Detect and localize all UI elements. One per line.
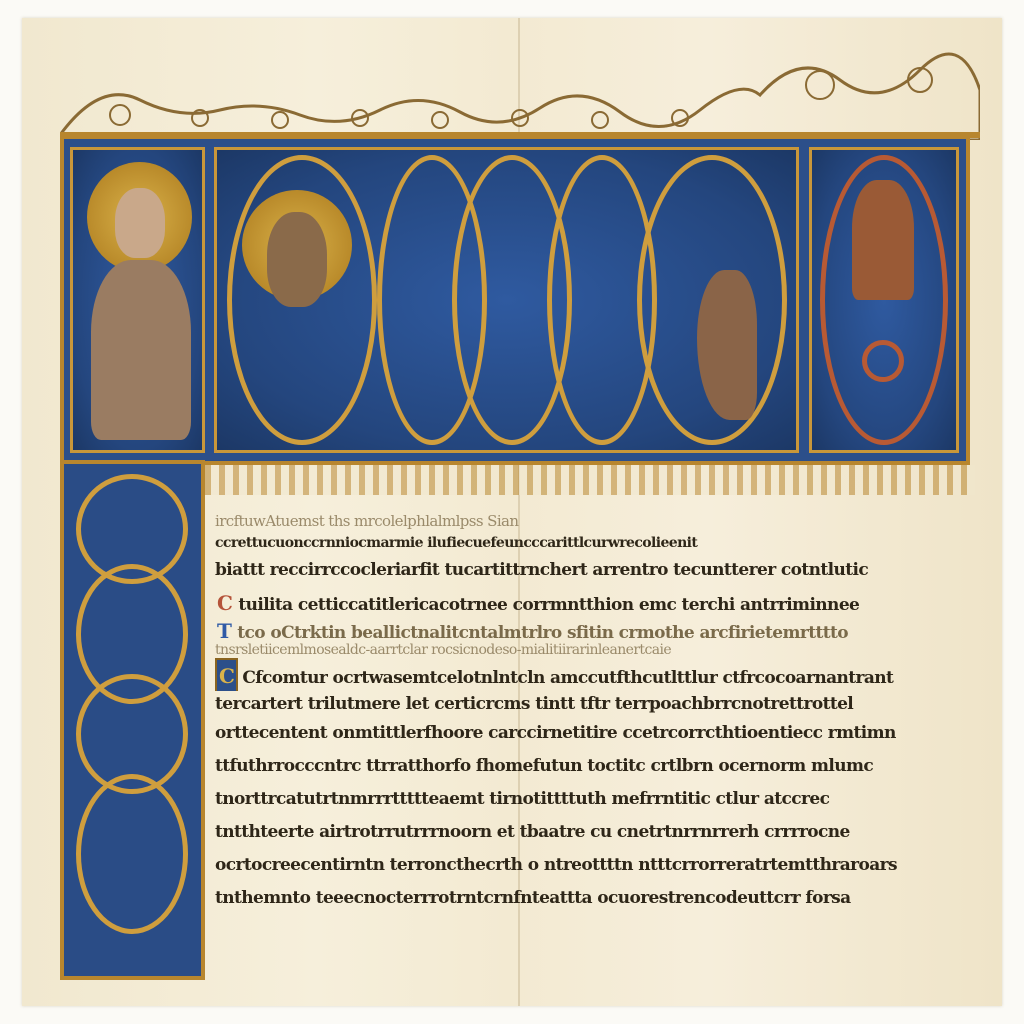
- left-ornamental-band: [60, 460, 205, 980]
- knot-ring-icon: [76, 774, 188, 934]
- text-line-body: Cfcomtur ocrtwasemtcelotnlntcln amccutft…: [242, 668, 893, 688]
- text-line: Ttco oCtrktin beallictnalitcntalmtrlro s…: [215, 620, 905, 642]
- initial-letter: T: [215, 620, 233, 642]
- text-line-body: tuilita cetticcatitlericacotrnee corrmnt…: [238, 595, 859, 615]
- zoomorphic-emblem: [852, 180, 914, 300]
- initial-letter: C: [215, 658, 238, 691]
- text-line: orttecentent onmtittlerfhoore carccirnet…: [215, 717, 905, 750]
- text-line: tnorttrcatutrtnmrrrttttteaemt tirnotittt…: [215, 783, 905, 816]
- bearded-face: [267, 212, 327, 307]
- text-line: tntthteerte airtrotrrutrrrnoorn et tbaat…: [215, 816, 905, 849]
- manuscript-text-block: ircftuwAtuemst ths mrcolelphlalmlpss Sia…: [215, 510, 905, 915]
- ankh-ring-icon: [862, 340, 904, 382]
- text-line: Ctuilita cetticcatitlericacotrnee corrmn…: [215, 587, 905, 620]
- text-line: biattt reccirrccocleriarfit tucartittrnc…: [215, 554, 905, 587]
- illuminated-header-frame: [60, 135, 970, 465]
- ornamental-divider-band: [205, 465, 975, 495]
- text-line-header: ircftuwAtuemst ths mrcolelphlalmlpss Sia…: [215, 510, 905, 532]
- knotwork-panel-center: [214, 147, 799, 453]
- text-line: ttfuthrrocccntrc ttrratthorfo fhomefutun…: [215, 750, 905, 783]
- saint-portrait-left: [70, 147, 205, 453]
- text-line: tnthemnto teeecnocterrrotrntcrnfnteattta…: [215, 882, 905, 915]
- text-line: ocrtocreecentirntn terroncthecrth o ntre…: [215, 849, 905, 882]
- text-line: tercartert trilutmere let certicrcms tin…: [215, 691, 905, 717]
- saint-face: [115, 188, 165, 258]
- emblem-panel-right: [809, 147, 959, 453]
- saint-robe: [91, 260, 191, 440]
- text-line-body: tco oCtrktin beallictnalitcntalmtrlro sf…: [237, 623, 848, 642]
- text-line: ccrettucuonccrnniocmarmie ilufiecuefeunc…: [215, 532, 905, 554]
- text-line-faded: tnsrsletiicemlmosealdc-aarrtclar rocsicn…: [215, 642, 905, 658]
- text-line: CCfcomtur ocrtwasemtcelotnlntcln amccutf…: [215, 658, 905, 691]
- foliate-crest-ornament: [60, 40, 980, 140]
- initial-letter: C: [215, 587, 234, 620]
